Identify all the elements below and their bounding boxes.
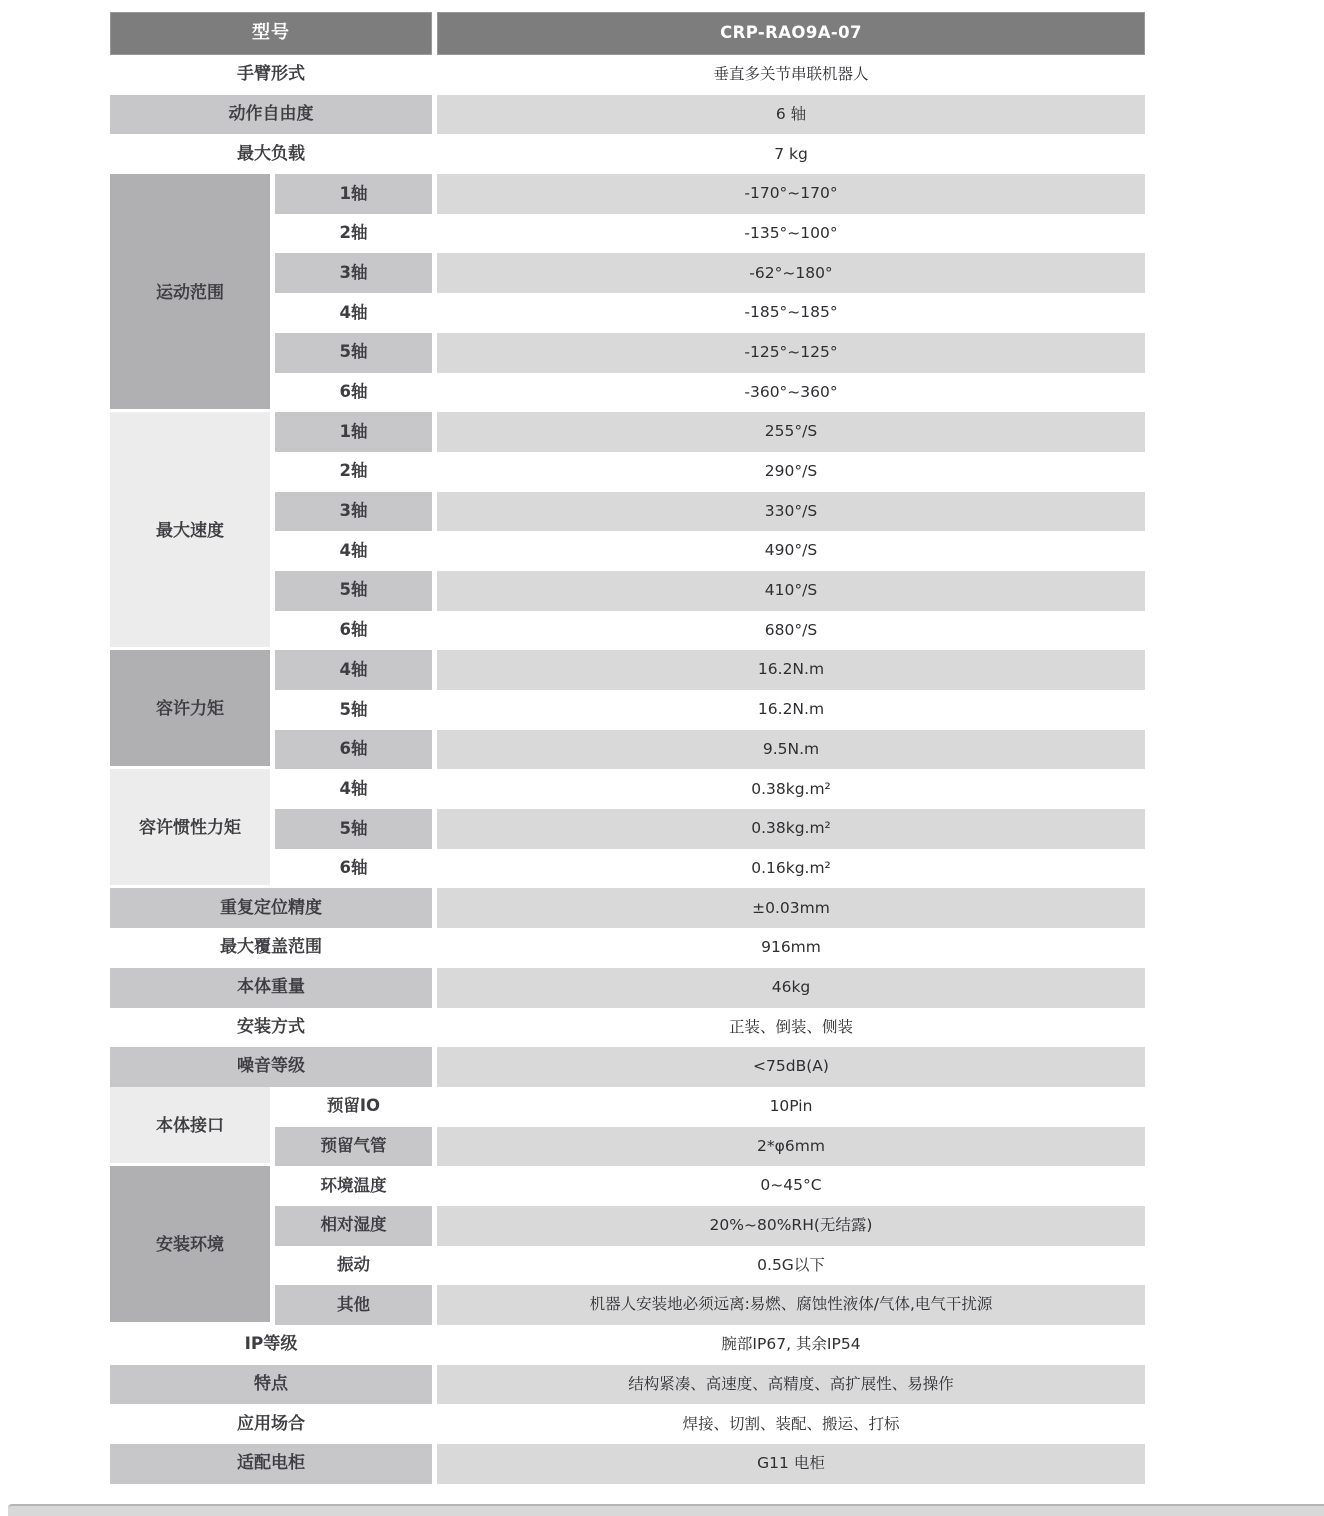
spec-value: 680°/S (437, 611, 1145, 651)
model-header-label: 型号 (110, 12, 432, 55)
spec-value: 0.38kg.m² (437, 809, 1145, 849)
robot-spec-table: 型号CRP-RAO9A-07手臂形式垂直多关节串联机器人动作自由度6 轴最大负载… (110, 12, 1145, 1484)
sub-label: 预留IO (275, 1087, 432, 1127)
spec-value: 490°/S (437, 531, 1145, 571)
group-label: 本体接口 (110, 1087, 270, 1166)
spec-value: <75dB(A) (437, 1047, 1145, 1087)
spec-value: 10Pin (437, 1087, 1145, 1127)
spec-value: 0.16kg.m² (437, 849, 1145, 889)
spec-value: 0.38kg.m² (437, 769, 1145, 809)
sub-label: 6轴 (275, 730, 432, 770)
spec-label: 手臂形式 (110, 55, 432, 95)
spec-value: 7 kg (437, 134, 1145, 174)
spec-value: 正装、倒装、侧装 (437, 1008, 1145, 1048)
sub-label: 4轴 (275, 531, 432, 571)
sub-label: 5轴 (275, 809, 432, 849)
spec-value: G11 电柜 (437, 1444, 1145, 1484)
group-label: 容许力矩 (110, 650, 270, 769)
sub-label: 振动 (275, 1246, 432, 1286)
spec-value: 330°/S (437, 492, 1145, 532)
sub-label: 相对湿度 (275, 1206, 432, 1246)
spec-value: 9.5N.m (437, 730, 1145, 770)
sub-label: 预留气管 (275, 1127, 432, 1167)
spec-value: 16.2N.m (437, 690, 1145, 730)
spec-value: 机器人安装地必须远离:易燃、腐蚀性液体/气体,电气干扰源 (437, 1285, 1145, 1325)
spec-value: -360°~360° (437, 373, 1145, 413)
spec-label: 最大覆盖范围 (110, 928, 432, 968)
spec-value: 焊接、切割、装配、搬运、打标 (437, 1404, 1145, 1444)
spec-value: 46kg (437, 968, 1145, 1008)
group-label: 容许惯性力矩 (110, 769, 270, 888)
sub-label: 其他 (275, 1285, 432, 1325)
model-header-value: CRP-RAO9A-07 (437, 12, 1145, 55)
spec-value: 0.5G以下 (437, 1246, 1145, 1286)
spec-value: -135°~100° (437, 214, 1145, 254)
sub-label: 2轴 (275, 452, 432, 492)
spec-label: 噪音等级 (110, 1047, 432, 1087)
sub-label: 1轴 (275, 174, 432, 214)
spec-value: -170°~170° (437, 174, 1145, 214)
spec-label: 特点 (110, 1365, 432, 1405)
spec-value: 腕部IP67, 其余IP54 (437, 1325, 1145, 1365)
spec-value: -62°~180° (437, 253, 1145, 293)
sub-label: 4轴 (275, 293, 432, 333)
spec-value: ±0.03mm (437, 888, 1145, 928)
spec-label: IP等级 (110, 1325, 432, 1365)
sub-label: 5轴 (275, 571, 432, 611)
spec-label: 动作自由度 (110, 95, 432, 135)
spec-value: 20%~80%RH(无结露) (437, 1206, 1145, 1246)
spec-value: 结构紧凑、高速度、高精度、高扩展性、易操作 (437, 1365, 1145, 1405)
sub-label: 6轴 (275, 373, 432, 413)
spec-value: 410°/S (437, 571, 1145, 611)
spec-label: 重复定位精度 (110, 888, 432, 928)
spec-value: 2*φ6mm (437, 1127, 1145, 1167)
spec-value: 6 轴 (437, 95, 1145, 135)
sub-label: 环境温度 (275, 1166, 432, 1206)
group-label: 运动范围 (110, 174, 270, 412)
sub-label: 4轴 (275, 769, 432, 809)
spec-value: 916mm (437, 928, 1145, 968)
spec-label: 安装方式 (110, 1008, 432, 1048)
sub-label: 1轴 (275, 412, 432, 452)
spec-label: 应用场合 (110, 1404, 432, 1444)
spec-label: 最大负载 (110, 134, 432, 174)
spec-label: 适配电柜 (110, 1444, 432, 1484)
spec-value: -185°~185° (437, 293, 1145, 333)
group-label: 最大速度 (110, 412, 270, 650)
spec-value: 290°/S (437, 452, 1145, 492)
sub-label: 3轴 (275, 492, 432, 532)
sub-label: 5轴 (275, 690, 432, 730)
spec-value: 0~45°C (437, 1166, 1145, 1206)
sub-label: 2轴 (275, 214, 432, 254)
bottom-page-strip (8, 1504, 1324, 1516)
group-label: 安装环境 (110, 1166, 270, 1325)
sub-label: 5轴 (275, 333, 432, 373)
spec-value: -125°~125° (437, 333, 1145, 373)
spec-value: 垂直多关节串联机器人 (437, 55, 1145, 95)
sub-label: 6轴 (275, 849, 432, 889)
sub-label: 6轴 (275, 611, 432, 651)
spec-value: 255°/S (437, 412, 1145, 452)
sub-label: 3轴 (275, 253, 432, 293)
spec-value: 16.2N.m (437, 650, 1145, 690)
sub-label: 4轴 (275, 650, 432, 690)
spec-label: 本体重量 (110, 968, 432, 1008)
